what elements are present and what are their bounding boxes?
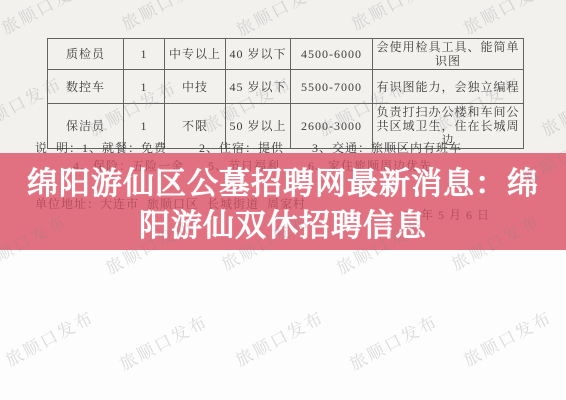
cell-count: 1 [124, 70, 165, 104]
cell-count: 1 [124, 39, 165, 70]
table-row: 数控车 1 中技 45 岁以下 5500-7000 有识图能力，会独立编程 [48, 70, 524, 104]
watermark-text: 旅顺口发布 [0, 303, 98, 371]
table-row: 质检员 1 中专以上 40 岁以下 4500-6000 会使用检具工具、能简单识… [48, 39, 524, 70]
document-sheet: 质检员 1 中专以上 40 岁以下 4500-6000 会使用检具工具、能简单识… [0, 0, 566, 153]
watermark-text: 旅顺口发布 [458, 303, 556, 371]
cell-education: 中专以上 [165, 39, 226, 70]
cell-remark: 会使用检具工具、能简单识图 [373, 39, 524, 70]
cell-position: 质检员 [48, 39, 124, 70]
watermark-text: 旅顺口发布 [230, 303, 328, 371]
headline-title: 绵阳游仙区公墓招聘网最新消息：绵 阳游仙双休招聘信息 [0, 163, 566, 247]
watermark-text: 旅顺口发布 [344, 307, 442, 375]
watermark-text: 旅顺口发布 [114, 307, 212, 375]
cell-age: 45 岁以下 [226, 70, 291, 104]
cell-education: 中技 [165, 70, 226, 104]
cell-remark: 有识图能力，会独立编程 [373, 70, 524, 104]
cell-salary: 4500-6000 [291, 39, 373, 70]
headline-title-line2: 阳游仙双休招聘信息 [0, 205, 566, 247]
recruitment-table: 质检员 1 中专以上 40 岁以下 4500-6000 会使用检具工具、能简单识… [47, 38, 524, 149]
screenshot-canvas: 质检员 1 中专以上 40 岁以下 4500-6000 会使用检具工具、能简单识… [0, 0, 566, 400]
cell-age: 40 岁以下 [226, 39, 291, 70]
headline-title-line1: 绵阳游仙区公墓招聘网最新消息：绵 [0, 163, 566, 205]
cell-salary: 5500-7000 [291, 70, 373, 104]
headline-banner: 4、保险：五险一金 5、节日福利 6、家住旅顺周边优先 单位地址：大连市 旅顺口… [0, 153, 566, 250]
cell-position: 数控车 [48, 70, 124, 104]
